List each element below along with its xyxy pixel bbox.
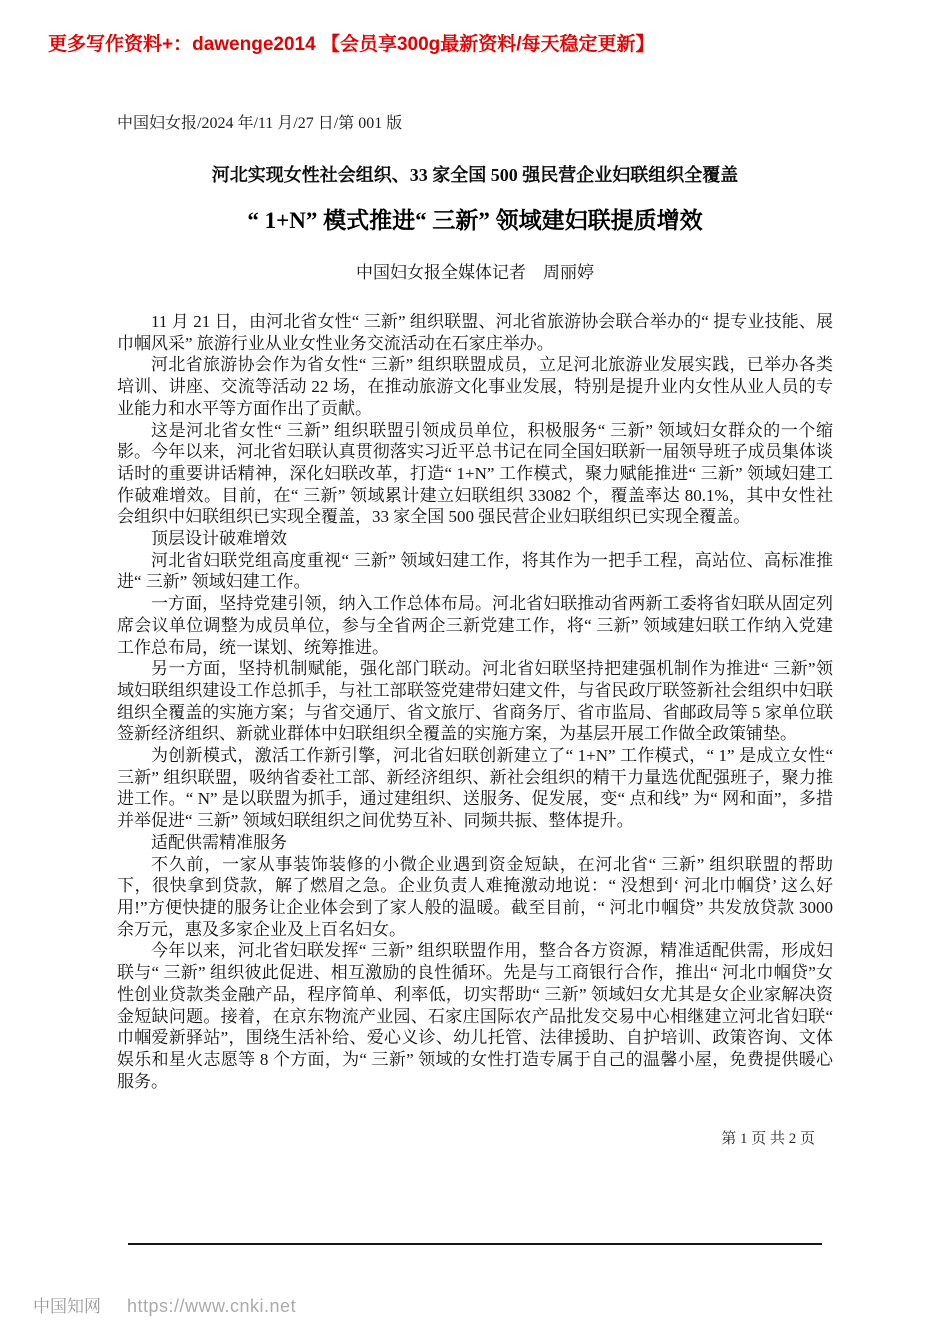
source-line: 中国妇女报/2024 年/11 月/27 日/第 001 版 xyxy=(117,112,833,136)
article-body: 11 月 21 日，由河北省女性“ 三新” 组织联盟、河北省旅游协会联合举办的“… xyxy=(117,311,833,1092)
article-paragraph: 一方面，坚持党建引领，纳入工作总体布局。河北省妇联推动省两新工委将省妇联从固定列… xyxy=(117,593,833,658)
article-paragraph: 这是河北省女性“ 三新” 组织联盟引领成员单位，积极服务“ 三新” 领域妇女群众… xyxy=(117,420,833,529)
article-paragraph: 11 月 21 日，由河北省女性“ 三新” 组织联盟、河北省旅游协会联合举办的“… xyxy=(117,311,833,354)
cnki-watermark: 中国知网 https://www.cnki.net xyxy=(33,1292,296,1317)
article-paragraph: 河北省妇联党组高度重视“ 三新” 领域妇建工作，将其作为一把手工程，高站位、高标… xyxy=(117,550,833,593)
page-indicator: 第 1 页 共 2 页 xyxy=(117,1128,833,1150)
article-byline: 中国妇女报全媒体记者 周丽婷 xyxy=(117,260,833,286)
article-paragraph: 为创新模式，激活工作新引擎，河北省妇联创新建立了“ 1+N” 工作模式，“ 1”… xyxy=(117,745,833,832)
article-paragraph: 另一方面，坚持机制赋能，强化部门联动。河北省妇联坚持把建强机制作为推进“ 三新”… xyxy=(117,658,833,745)
document-page: 更多写作资料+：dawenge2014 【会员享300g最新资料/每天稳定更新】… xyxy=(0,0,950,1344)
cnki-brand-label: 中国知网 xyxy=(33,1292,101,1317)
article-paragraph: 不久前，一家从事装饰装修的小微企业遇到资金短缺，在河北省“ 三新” 组织联盟的帮… xyxy=(117,854,833,941)
cnki-url-text: https://www.cnki.net xyxy=(127,1296,296,1317)
footer-divider xyxy=(128,1243,822,1245)
article-section-heading: 顶层设计破难增效 xyxy=(117,528,833,550)
article-paragraph: 河北省旅游协会作为省女性“ 三新” 组织联盟成员，立足河北旅游业发展实践，已举办… xyxy=(117,354,833,419)
promo-banner: 更多写作资料+：dawenge2014 【会员享300g最新资料/每天稳定更新】 xyxy=(48,33,655,57)
article: 中国妇女报/2024 年/11 月/27 日/第 001 版 河北实现女性社会组… xyxy=(117,112,833,1150)
article-kicker: 河北实现女性社会组织、33 家全国 500 强民营企业妇联组织全覆盖 xyxy=(117,162,833,188)
article-section-heading: 适配供需精准服务 xyxy=(117,832,833,854)
article-title: “ 1+N” 模式推进“ 三新” 领域建妇联提质增效 xyxy=(117,204,833,237)
article-paragraph: 今年以来，河北省妇联发挥“ 三新” 组织联盟作用，整合各方资源，精准适配供需，形… xyxy=(117,940,833,1092)
